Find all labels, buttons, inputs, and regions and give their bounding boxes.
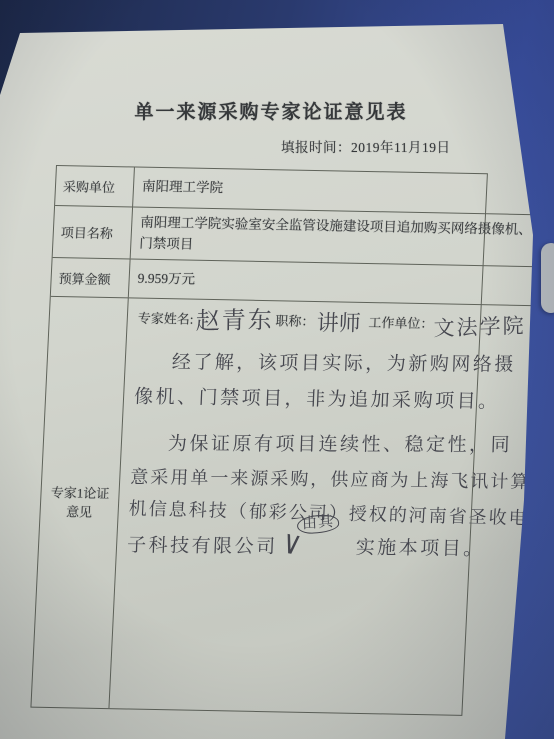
expert-unit-handwritten: 文法学院 <box>433 311 525 346</box>
expert-title-label: 职称： <box>275 313 315 329</box>
document-title: 单一来源采购专家论证意见表 <box>133 97 409 124</box>
opinion-last-line-end: 实施本项目。 <box>355 538 485 560</box>
expert-unit-label: 工作单位： <box>368 315 434 331</box>
handwritten-insertion: ∨由其 <box>277 539 356 558</box>
opinion-line-1: 经了解，该项目实际，为新购网络摄 <box>135 353 536 375</box>
row-label-budget-amount: 预算金额 <box>51 257 131 297</box>
expert-name-handwritten: 赵青东 <box>195 303 274 340</box>
photographed-document-scene: 单一来源采购专家论证意见表 填报时间：2019年11月19日 采购单位 南阳理工… <box>0 0 554 739</box>
opinion-line-2: 像机、门禁项目，非为追加采购项目。 <box>134 388 535 413</box>
background-object <box>541 243 554 313</box>
opinion-line-4: 意采用单一来源采购，供应商为上海飞讯计算 <box>130 468 531 491</box>
opinion-last-line: 子科技有限公司∨由其实施本项目。 <box>127 536 528 559</box>
form-table: 采购单位 南阳理工学院 项目名称 南阳理工学院实验室安全监管设施建设项目追加购买… <box>30 165 488 716</box>
opinion-last-line-start: 子科技有限公司 <box>127 535 278 558</box>
expert-info-line: 专家姓名:赵青东职称：讲师工作单位：文法学院 <box>137 302 539 346</box>
insertion-text-circled: 由其 <box>296 514 339 535</box>
row-label-project-name: 项目名称 <box>53 205 133 258</box>
paper-sheet: 单一来源采购专家论证意见表 填报时间：2019年11月19日 采购单位 南阳理工… <box>0 0 554 739</box>
report-date: 填报时间：2019年11月19日 <box>281 136 451 156</box>
expert1-opinion-cell: 专家姓名:赵青东职称：讲师工作单位：文法学院 经了解，该项目实际，为新购网络摄 … <box>109 297 544 716</box>
expert-title-handwritten: 讲师 <box>316 306 361 339</box>
row-label-purchasing-unit: 采购单位 <box>55 166 135 206</box>
expert-name-label: 专家姓名: <box>137 311 193 327</box>
project-name-value: 南阳理工学院实验室安全监管设施建设项目追加购买网络摄像机、门禁项目 <box>131 206 549 266</box>
opinion-line-3: 为保证原有项目连续性、稳定性，同 <box>132 435 533 455</box>
